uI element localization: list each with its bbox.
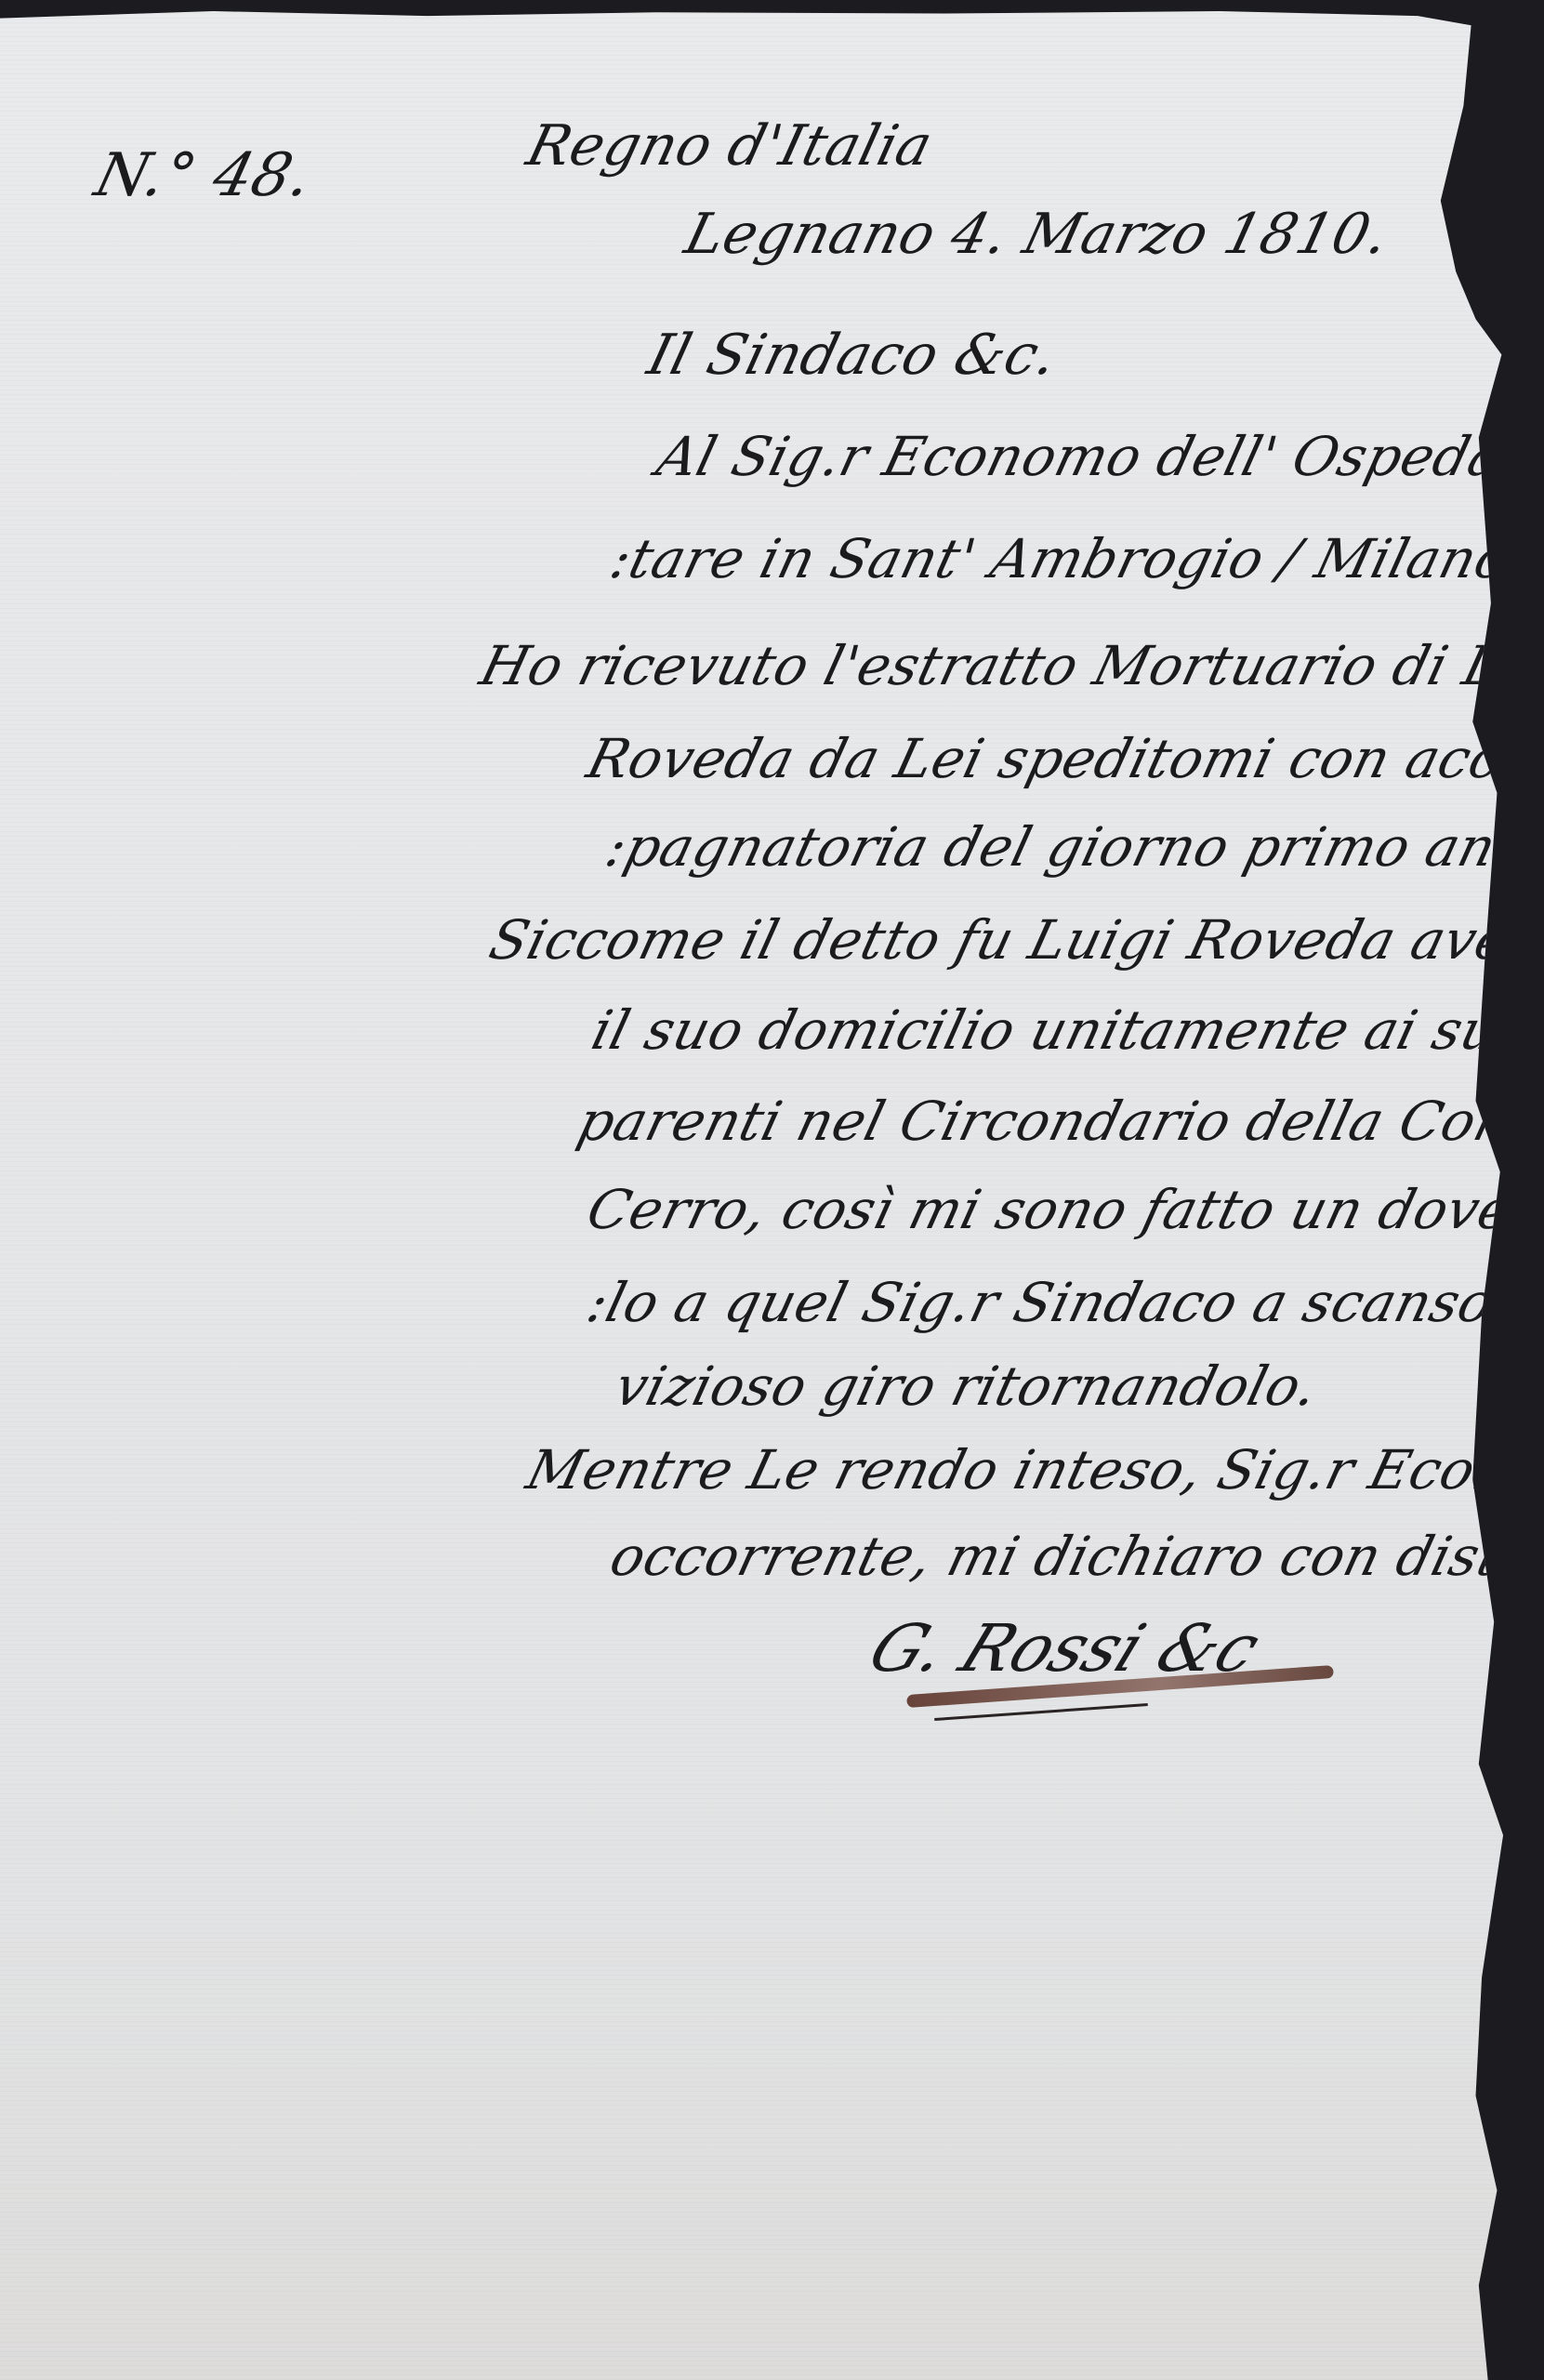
body-line-8: :lo a quel Sig.r Sindaco a scanso di — [581, 1271, 1544, 1334]
signature: G. Rossi &c — [858, 1610, 1271, 1686]
body-line-2: Roveda da Lei speditomi con accom — [581, 727, 1544, 790]
recipient-line-2: :tare in Sant' Ambrogio / Milano. / — [604, 527, 1544, 590]
body-line-3: :pagnatoria del giorno primo andante. — [600, 815, 1544, 879]
body-line-11: occorrente, mi dichiaro con distinta sti… — [604, 1525, 1544, 1588]
body-line-1: Ho ricevuto l'estratto Mortuario di Luig… — [474, 634, 1544, 697]
body-line-10: Mentre Le rendo inteso, Sig.r Economo, d… — [521, 1438, 1544, 1501]
place-date: Legnano 4. Marzo 1810. — [679, 202, 1395, 267]
heading: Regno d'Italia — [521, 113, 939, 178]
body-line-6: parenti nel Circondario della Comune di — [572, 1090, 1544, 1153]
body-line-9: vizioso giro ritornandolo. — [609, 1355, 1325, 1418]
body-line-5: il suo domicilio unitamente ai suoi — [586, 998, 1544, 1062]
recipient-line-1: Al Sig.r Economo dell' Ospedale Mili — [651, 425, 1544, 488]
reference-number: N.° 48. — [88, 141, 319, 210]
sender-line: Il Sindaco &c. — [641, 323, 1063, 388]
letter-page: N.° 48. Regno d'Italia Legnano 4. Marzo … — [0, 11, 1524, 2380]
body-line-4: Siccome il detto fu Luigi Roveda aveva — [483, 908, 1544, 972]
signature-underline — [934, 1703, 1148, 1721]
body-line-7: Cerro, così mi sono fatto un dovere di r… — [581, 1178, 1544, 1241]
